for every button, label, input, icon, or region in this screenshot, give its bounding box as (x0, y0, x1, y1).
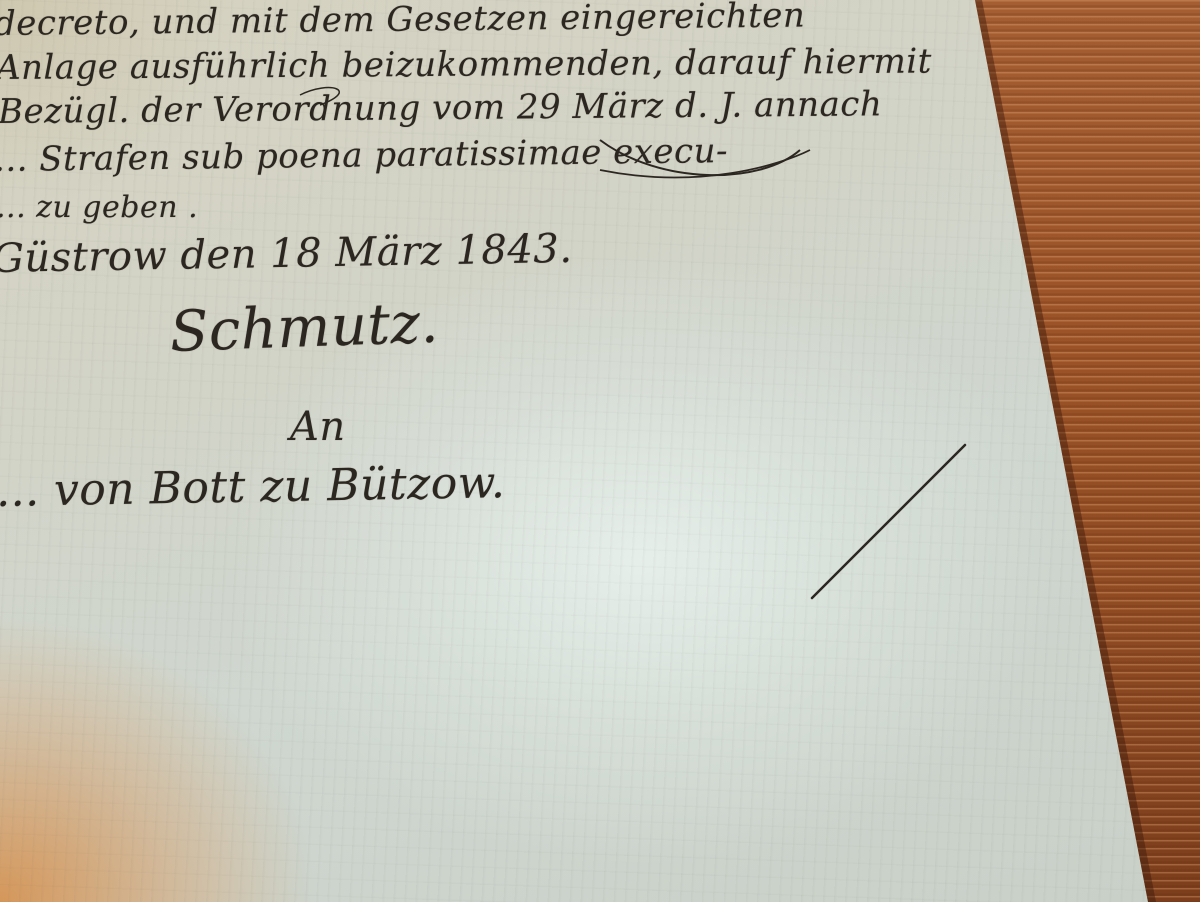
text-line-2: Anlage ausführlich beizukommenden, darau… (0, 41, 932, 88)
photo-scene: decreto, und mit dem Gesetzen eingereich… (0, 0, 1200, 902)
text-line-3: Bezügl. der Verordnung vom 29 März d. J.… (0, 84, 882, 132)
address-preposition: An (290, 404, 346, 450)
text-line-4: ... Strafen sub poena paratissimae execu… (0, 131, 728, 180)
addressee-line: ... von Bott zu Bützow. (0, 457, 506, 517)
signature: Schmutz. (169, 291, 440, 365)
place-date-line: Güstrow den 18 März 1843. (0, 226, 573, 282)
text-line-1: decreto, und mit dem Gesetzen eingereich… (0, 0, 806, 44)
text-line-5: ... zu geben . (0, 190, 198, 225)
